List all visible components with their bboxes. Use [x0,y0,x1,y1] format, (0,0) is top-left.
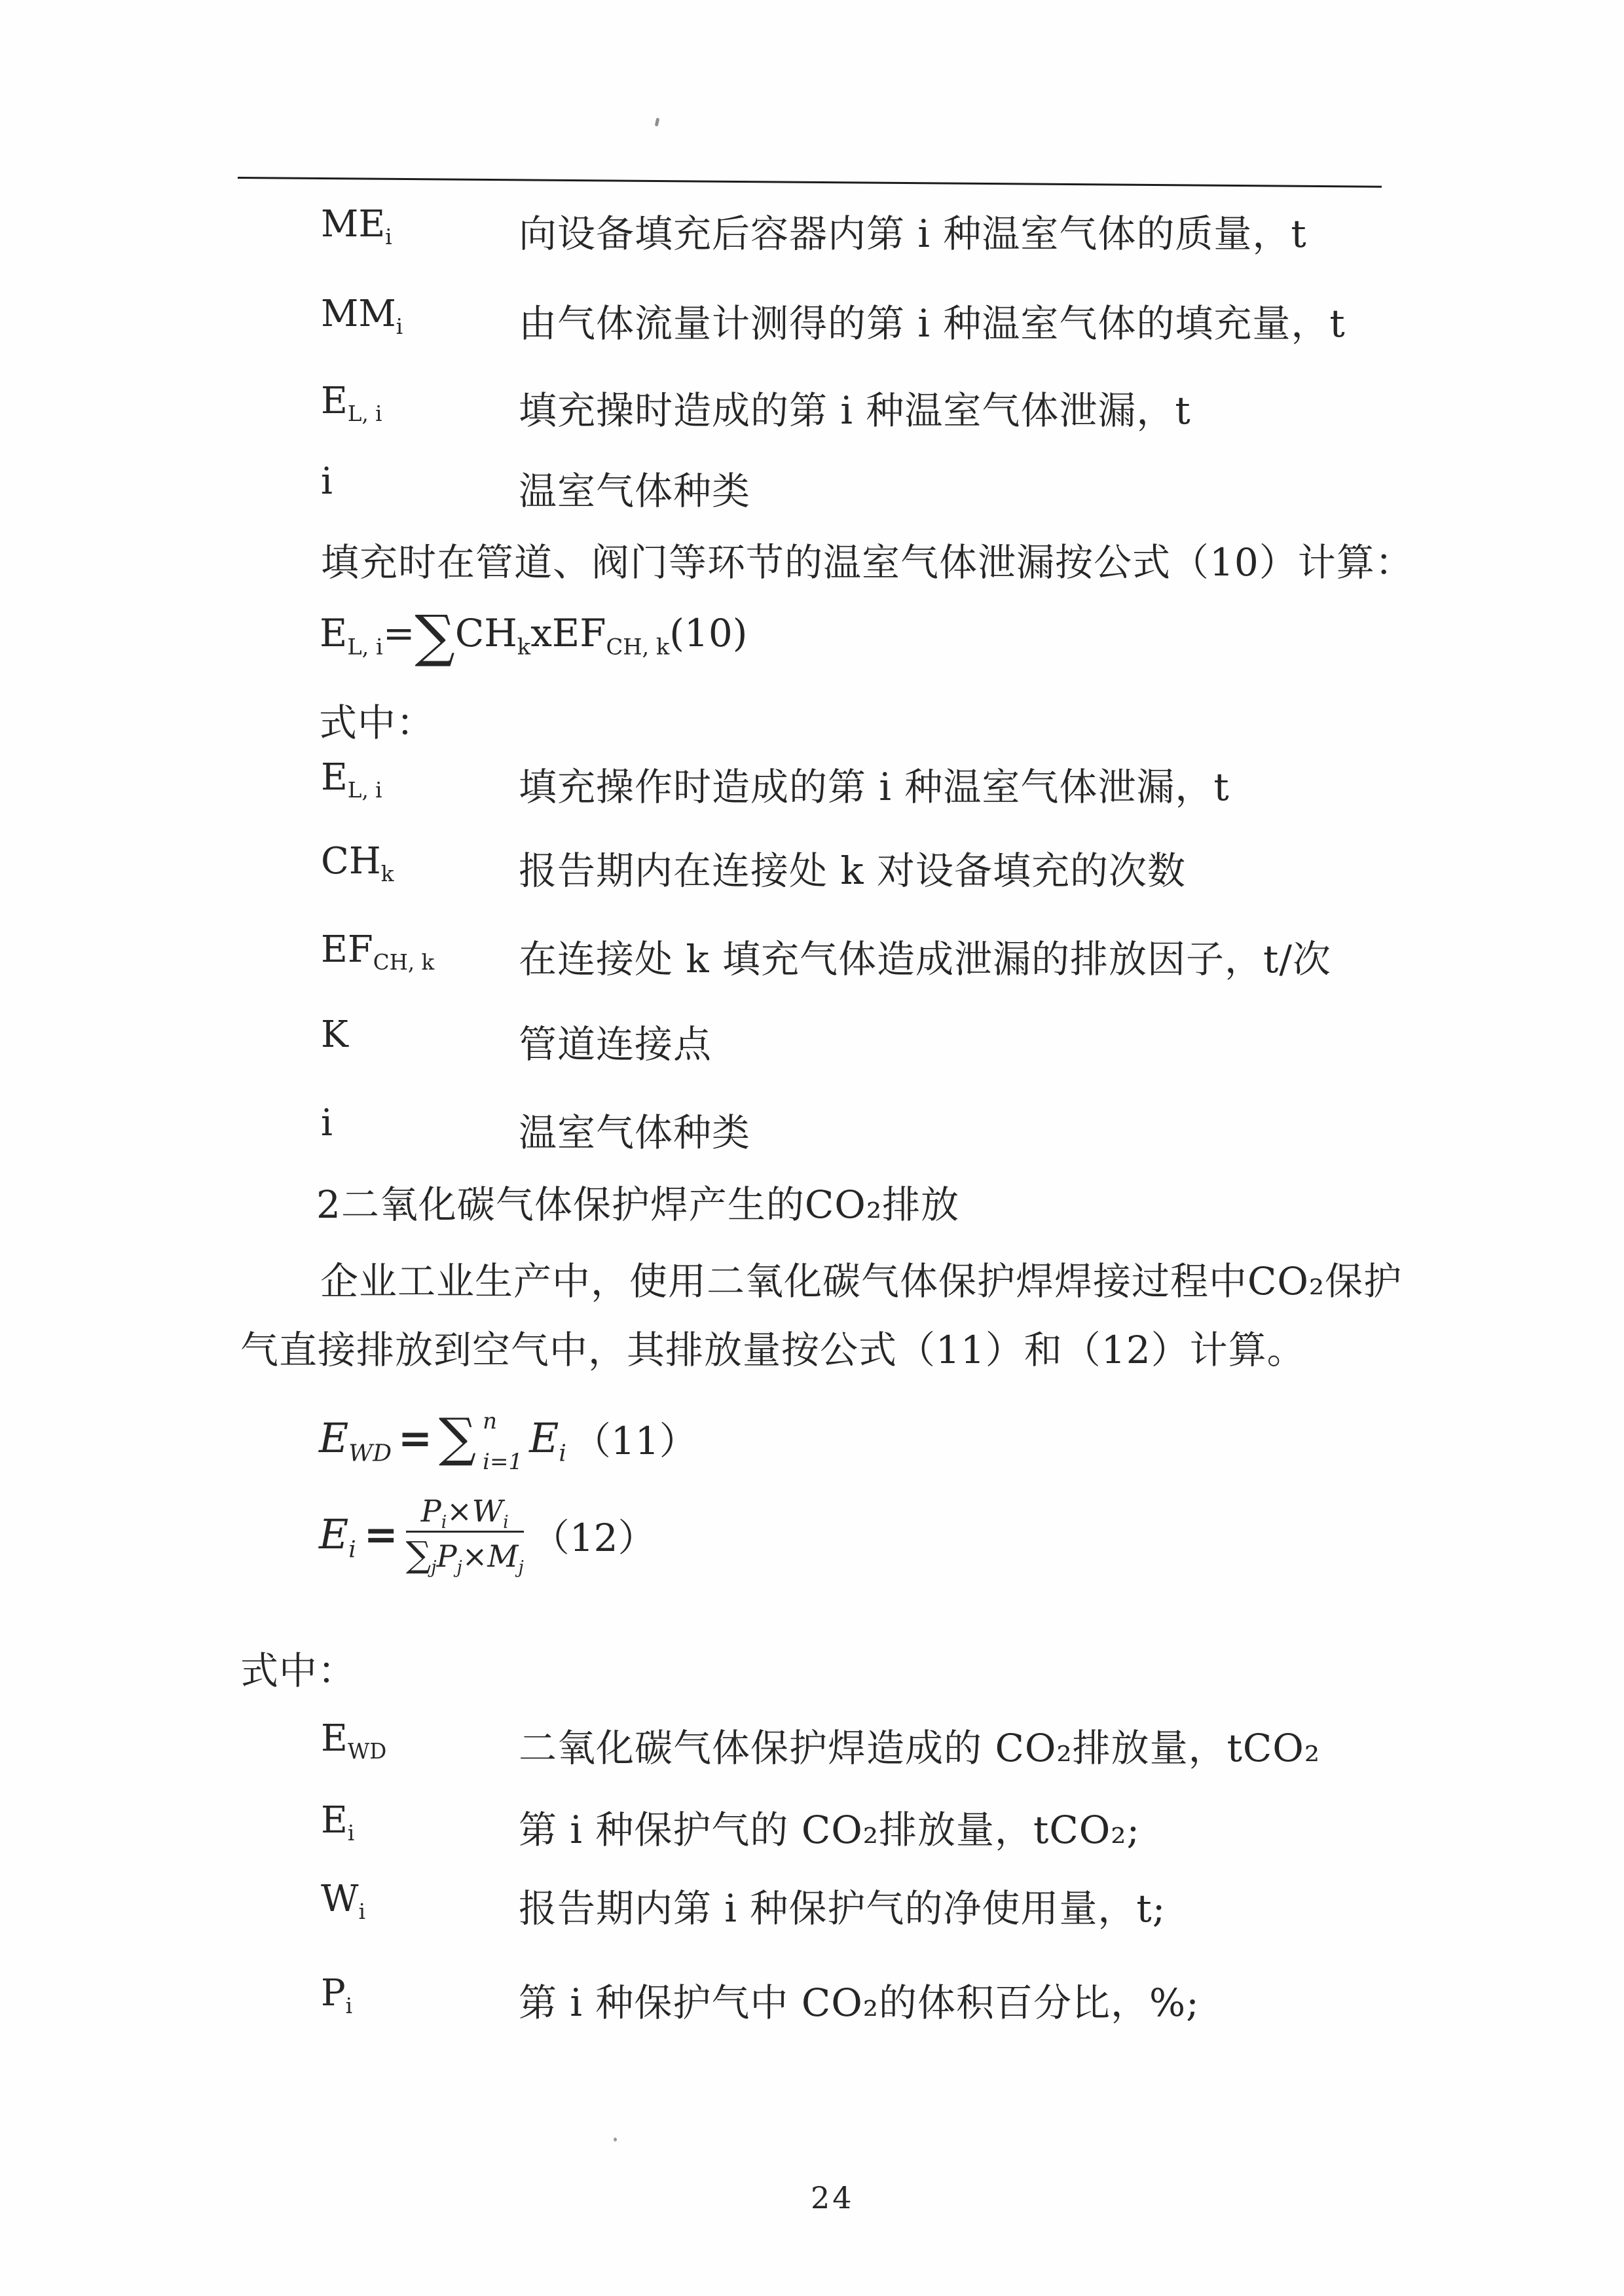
paragraph-line: 气直接排放到空气中，其排放量按公式（11）和（12）计算。 [240,1319,1306,1374]
paragraph-line: 企业工业生产中，使用二氧化碳气体保护焊焊接过程中CO₂保护 [320,1250,1402,1305]
sigma-symbol: ∑ [415,604,454,669]
term-label: K [321,1013,348,1056]
term-description: 填充操作时造成的第 i 种温室气体泄漏，t [519,756,1230,811]
term-label: i [321,460,333,503]
formula-12: Ei = Pi×Wi ∑jPj×Mj （12） [319,1494,656,1575]
term-description: 向设备填充后容器内第 i 种温室气体的质量，t [519,203,1307,258]
sigma-symbol: ∑ [439,1412,476,1464]
term-label: CHk [321,840,394,883]
rhs: Ei [529,1414,566,1462]
definition-row: Wi 报告期内第 i 种保护气的净使用量，t; [0,1878,1624,1930]
definition-row: EL, i 填充操作时造成的第 i 种温室气体泄漏，t [0,756,1624,809]
term-description: 温室气体种类 [519,1102,750,1157]
definition-row: i 温室气体种类 [0,460,1624,513]
definition-row: Ei 第 i 种保护气的 CO₂排放量，tCO₂; [0,1799,1624,1851]
term-label: EFCH, k [321,928,434,971]
lhs: EWD [319,1414,392,1462]
document-page: MEi 向设备填充后容器内第 i 种温室气体的质量，t MMi 由气体流量计测得… [0,0,1624,2296]
term-description: 报告期内在连接处 k 对设备填充的次数 [519,840,1186,895]
definition-row: EWD 二氧化碳气体保护焊造成的 CO₂排放量，tCO₂ [0,1717,1624,1770]
term-label: EL, i [321,380,382,422]
term-label: Ei [321,1799,354,1842]
term-description: 二氧化碳气体保护焊造成的 CO₂排放量，tCO₂ [519,1717,1320,1772]
term-description: 由气体流量计测得的第 i 种温室气体的填充量，t [519,293,1346,348]
term-label: EWD [321,1717,386,1760]
lhs: Ei [319,1510,356,1558]
definition-row: Pi 第 i 种保护气中 CO₂的体积百分比，%; [0,1972,1624,2024]
scan-speck [614,2138,617,2141]
scan-speck [655,118,660,127]
where-label: 式中： [319,692,435,747]
formula-11: EWD = ∑ n i=1 Ei （11） [319,1406,697,1469]
term-label: i [321,1102,333,1144]
term-description: 填充操时造成的第 i 种温室气体泄漏，t [519,380,1191,435]
equation-number: （11） [573,1410,697,1465]
term-label: Pi [321,1972,352,2014]
definition-row: i 温室气体种类 [0,1102,1624,1154]
term-label: EL, i [321,756,382,799]
where-label: 式中： [240,1640,356,1695]
header-rule [238,177,1382,188]
definition-row: EFCH, k 在连接处 k 填充气体造成泄漏的排放因子，t/次 [0,928,1624,981]
page-number: 24 [811,2180,855,2215]
section-heading: 2二氧化碳气体保护焊产生的CO₂排放 [316,1174,959,1229]
term-description: 温室气体种类 [519,460,750,515]
term-label: MEi [321,203,392,246]
term-description: 管道连接点 [519,1013,712,1068]
definition-row: EL, i 填充操时造成的第 i 种温室气体泄漏，t [0,380,1624,432]
term-description: 第 i 种保护气中 CO₂的体积百分比，%; [519,1972,1200,2027]
term-description: 第 i 种保护气的 CO₂排放量，tCO₂; [519,1799,1140,1854]
term-description: 在连接处 k 填充气体造成泄漏的排放因子，t/次 [519,928,1331,983]
equation-number: (10) [669,611,747,655]
paragraph-formula10-intro: 填充时在管道、阀门等环节的温室气体泄漏按公式（10）计算： [321,532,1414,587]
formula-10: EL, i=∑CHkxEFCH, k(10) [320,604,747,669]
sigma-limits: n i=1 [483,1410,523,1473]
fraction: Pi×Wi ∑jPj×Mj [406,1494,524,1575]
fraction-bar [406,1531,524,1533]
term-label: MMi [321,293,403,335]
term-label: Wi [321,1878,365,1920]
numerator: Pi×Wi [421,1494,509,1529]
definition-row: MMi 由气体流量计测得的第 i 种温室气体的填充量，t [0,293,1624,345]
equation-number: （12） [532,1507,656,1562]
term-description: 报告期内第 i 种保护气的净使用量，t; [519,1878,1166,1933]
definition-row: MEi 向设备填充后容器内第 i 种温室气体的质量，t [0,203,1624,255]
definition-row: CHk 报告期内在连接处 k 对设备填充的次数 [0,840,1624,892]
denominator: ∑jPj×Mj [406,1535,524,1575]
definition-row: K 管道连接点 [0,1013,1624,1066]
